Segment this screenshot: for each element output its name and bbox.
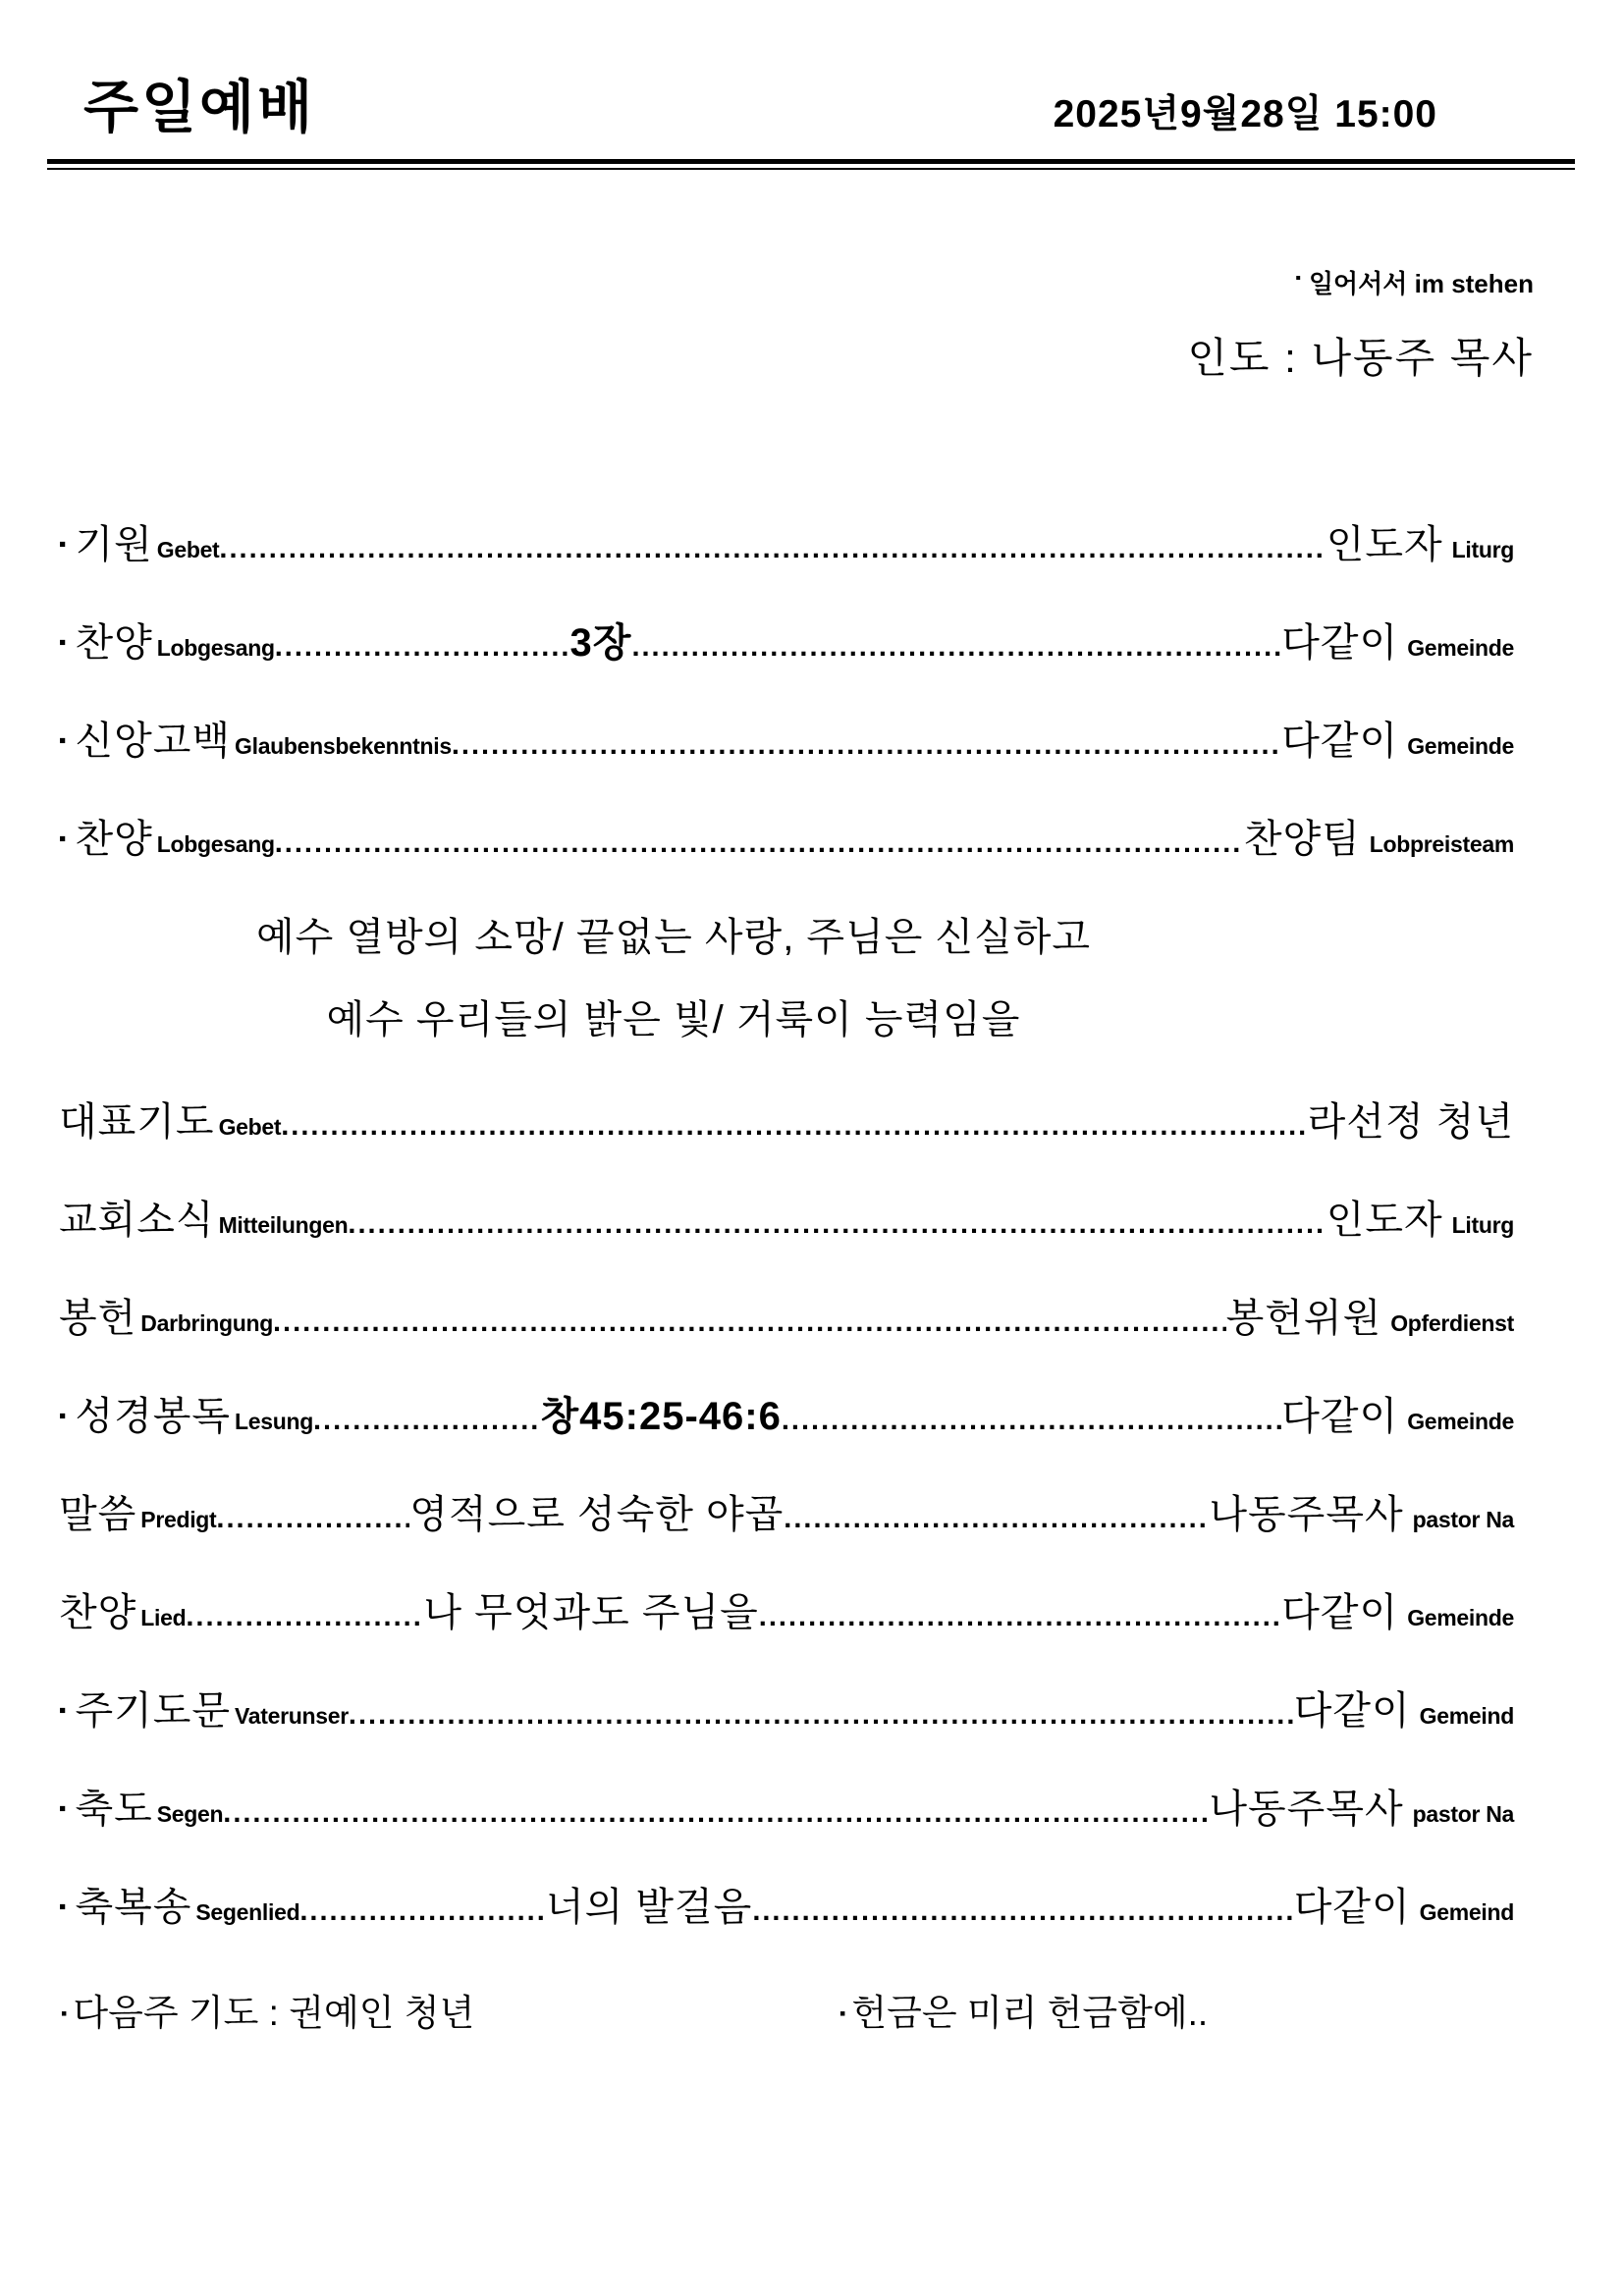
item-title-ko: 찬양	[59, 1590, 136, 1635]
item-title-de: Gebet	[157, 537, 220, 562]
item-detail: 너의 발걸음	[546, 1885, 752, 1930]
footer: ▪다음주 기도 : 권예인 청년 ▪헌금은 미리 헌금함에..	[0, 1983, 1624, 2036]
dot-leader: ........................................…	[275, 828, 1244, 860]
item-title-ko: 대표기도	[59, 1099, 215, 1145]
item-performer-de: Liturg	[1452, 537, 1514, 562]
item-title-ko: 교회소식	[59, 1198, 215, 1243]
dot-leader: ........................................…	[273, 1307, 1226, 1339]
dot-leader: ........................................…	[752, 1896, 1293, 1928]
item-performer-ko: 다같이	[1294, 1885, 1411, 1930]
program-row: 말씀Predigt...............................…	[59, 1492, 1514, 1537]
bulletin-page: { "header": { "title": "주일예배", "datetime…	[0, 0, 1624, 2296]
lyric-line: 예수 우리들의 밝은 빛/ 거룩이 능력임을	[59, 997, 1288, 1042]
dot-leader: ........................................…	[299, 1896, 546, 1928]
dot-leader: ........................................…	[281, 1110, 1307, 1143]
item-title-de: Glaubensbekenntnis	[235, 733, 452, 759]
square-bullet-icon: ▪	[1295, 270, 1301, 288]
item-performer-de: Gemeind	[1420, 1899, 1514, 1925]
item-performer-ko: 인도자	[1326, 1198, 1443, 1243]
dot-leader: ........................................…	[223, 1797, 1209, 1830]
standing-note-text: 일어서서 im stehen	[1309, 269, 1534, 298]
next-week-prayer-note: ▪다음주 기도 : 권예인 청년	[61, 1993, 474, 2033]
standing-note: ▪일어서서 im stehen	[0, 264, 1624, 300]
program-row: 교회소식Mitteilungen........................…	[59, 1198, 1514, 1243]
dot-leader: ........................................…	[784, 1503, 1209, 1535]
item-performer-ko: 라선정 청년	[1308, 1099, 1514, 1145]
item-performer-ko: 찬양팀	[1244, 817, 1361, 862]
item-title-ko: 말씀	[59, 1492, 136, 1537]
dot-leader: ........................................…	[782, 1405, 1281, 1437]
program-row: 대표기도Gebet...............................…	[59, 1099, 1514, 1145]
item-title-de: Gebet	[219, 1114, 282, 1140]
item-title-ko: 찬양	[75, 620, 152, 666]
square-bullet-icon: ▪	[59, 1797, 66, 1821]
item-performer-ko: 다같이	[1281, 719, 1398, 764]
item-title-ko: 기원	[75, 522, 152, 567]
program-row: ▪축도Segen................................…	[59, 1787, 1514, 1832]
item-performer-de: pastor Na	[1413, 1801, 1514, 1827]
item-performer-de: Lobpreisteam	[1370, 831, 1514, 857]
item-title-de: Lied	[140, 1605, 186, 1630]
item-title-de: Vaterunser	[235, 1703, 349, 1729]
item-title-ko: 주기도문	[75, 1688, 231, 1734]
item-title-de: Darbringung	[140, 1310, 273, 1336]
item-title-de: Segen	[157, 1801, 224, 1827]
item-performer-ko: 나동주목사	[1209, 1787, 1403, 1832]
square-bullet-icon: ▪	[59, 631, 66, 655]
program-list: ▪기원Gebet................................…	[0, 522, 1624, 1930]
item-title-de: Lesung	[235, 1409, 313, 1434]
header: 주일예배 2025년9월28일 15:00	[0, 0, 1624, 143]
square-bullet-icon: ▪	[59, 1699, 66, 1723]
item-detail: 창45:25-46:6	[541, 1394, 782, 1439]
offering-note-text: 헌금은 미리 헌금함에..	[851, 1993, 1208, 2033]
program-row: ▪주기도문Vaterunser.........................…	[59, 1688, 1514, 1734]
item-performer-de: Liturg	[1452, 1212, 1514, 1238]
next-week-prayer-text: 다음주 기도 : 권예인 청년	[73, 1993, 474, 2033]
program-row: ▪축복송Segenlied...........................…	[59, 1885, 1514, 1930]
dot-leader: ........................................…	[313, 1405, 541, 1437]
dot-leader: ........................................…	[349, 1699, 1294, 1732]
dot-leader: ........................................…	[348, 1208, 1326, 1241]
offering-note: ▪헌금은 미리 헌금함에..	[839, 1983, 1208, 2036]
item-title-de: Lobgesang	[157, 831, 275, 857]
item-performer-ko: 다같이	[1281, 620, 1398, 666]
square-bullet-icon: ▪	[59, 1896, 66, 1919]
service-leader-line: 인도 : 나동주 목사	[0, 326, 1624, 385]
item-title-de: Segenlied	[195, 1899, 299, 1925]
item-detail: 나 무엇과도 주님을	[423, 1590, 758, 1635]
item-performer-de: Gemeinde	[1407, 635, 1514, 661]
lyric-line: 예수 열방의 소망/ 끝없는 사랑, 주님은 신실하고	[59, 915, 1288, 960]
item-title-ko: 성경봉독	[75, 1394, 231, 1439]
dot-leader: ........................................…	[186, 1601, 423, 1633]
item-performer-ko: 다같이	[1294, 1688, 1411, 1734]
item-performer-ko: 다같이	[1281, 1590, 1398, 1635]
square-bullet-icon: ▪	[61, 2003, 67, 2024]
dot-leader: ........................................…	[275, 631, 570, 664]
service-datetime: 2025년9월28일 15:00	[1054, 83, 1437, 138]
square-bullet-icon: ▪	[59, 533, 66, 557]
item-detail: 영적으로 성숙한 야곱	[409, 1492, 784, 1537]
dot-leader: ........................................…	[219, 533, 1326, 565]
item-title-de: Predigt	[140, 1507, 216, 1532]
dot-leader: ........................................…	[216, 1503, 409, 1535]
dot-leader: ........................................…	[631, 631, 1281, 664]
item-performer-ko: 나동주목사	[1209, 1492, 1403, 1537]
item-performer-de: pastor Na	[1413, 1507, 1514, 1532]
item-performer-de: Gemeind	[1420, 1703, 1514, 1729]
item-performer-ko: 다같이	[1281, 1394, 1398, 1439]
program-row: ▪신앙고백Glaubensbekenntnis.................…	[59, 719, 1514, 764]
square-bullet-icon: ▪	[59, 828, 66, 851]
item-performer-de: Opferdienst	[1390, 1310, 1514, 1336]
item-title-de: Mitteilungen	[219, 1212, 349, 1238]
program-row: 찬양Lied..................................…	[59, 1590, 1514, 1635]
square-bullet-icon: ▪	[59, 729, 66, 753]
program-row: ▪찬양Lobgesang............................…	[59, 817, 1514, 862]
item-performer-de: Gemeinde	[1407, 1605, 1514, 1630]
program-row: 봉헌Darbringung...........................…	[59, 1296, 1514, 1341]
program-row: ▪성경봉독Lesung.............................…	[59, 1394, 1514, 1439]
item-performer-ko: 인도자	[1326, 522, 1443, 567]
dot-leader: ........................................…	[452, 729, 1281, 762]
item-title-ko: 신앙고백	[75, 719, 231, 764]
item-title-ko: 찬양	[75, 817, 152, 862]
square-bullet-icon: ▪	[59, 1405, 66, 1428]
square-bullet-icon: ▪	[839, 2003, 845, 2024]
program-row: ▪찬양Lobgesang............................…	[59, 620, 1514, 666]
item-detail: 3장	[570, 620, 632, 666]
dot-leader: ........................................…	[759, 1601, 1281, 1633]
item-title-ko: 축복송	[75, 1885, 191, 1930]
item-title-ko: 봉헌	[59, 1296, 136, 1341]
item-title-ko: 축도	[75, 1787, 152, 1832]
page-title: 주일예배	[83, 61, 315, 143]
item-title-de: Lobgesang	[157, 635, 275, 661]
item-performer-de: Gemeinde	[1407, 1409, 1514, 1434]
item-performer-ko: 봉헌위원	[1226, 1296, 1382, 1341]
item-performer-de: Gemeinde	[1407, 733, 1514, 759]
header-divider	[47, 159, 1575, 170]
program-row: ▪기원Gebet................................…	[59, 522, 1514, 567]
